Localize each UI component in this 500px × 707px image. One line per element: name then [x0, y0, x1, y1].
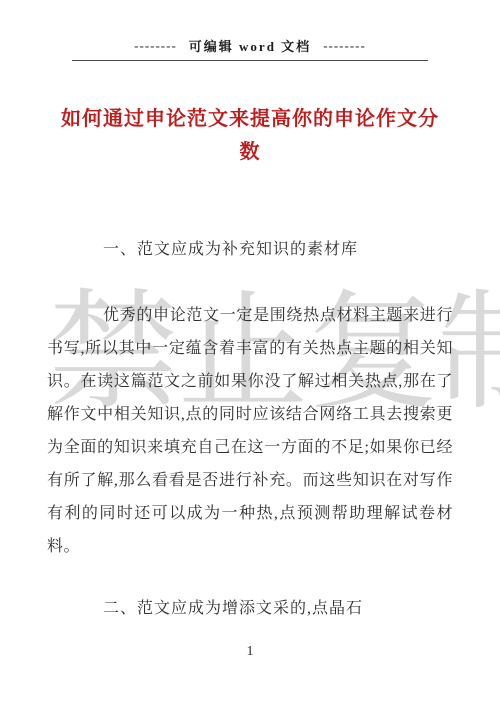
- section-1-heading: 一、范文应成为补充知识的素材库: [103, 239, 453, 261]
- document-title: 如何通过申论范文来提高你的申论作文分数: [61, 103, 439, 169]
- document-page: 禁止复制 -------- 可编辑 word 文档 -------- 如何通过申…: [0, 0, 500, 707]
- section-1-paragraph: 优秀的申论范文一定是围绕热点材料主题来进行书写,所以其中一定蕴含着丰富的有关热点…: [47, 299, 453, 563]
- section-2-heading: 二、范文应成为增添文采的,点晶石: [103, 598, 453, 620]
- page-number: 1: [0, 644, 500, 660]
- header-dashes-left: --------: [134, 38, 177, 54]
- document-header: -------- 可编辑 word 文档 --------: [0, 0, 500, 55]
- header-rule: [72, 60, 428, 61]
- header-dashes-right: --------: [323, 38, 366, 54]
- document-body: 一、范文应成为补充知识的素材库 优秀的申论范文一定是围绕热点材料主题来进行书写,…: [47, 239, 453, 620]
- header-title: 可编辑 word 文档: [189, 36, 311, 55]
